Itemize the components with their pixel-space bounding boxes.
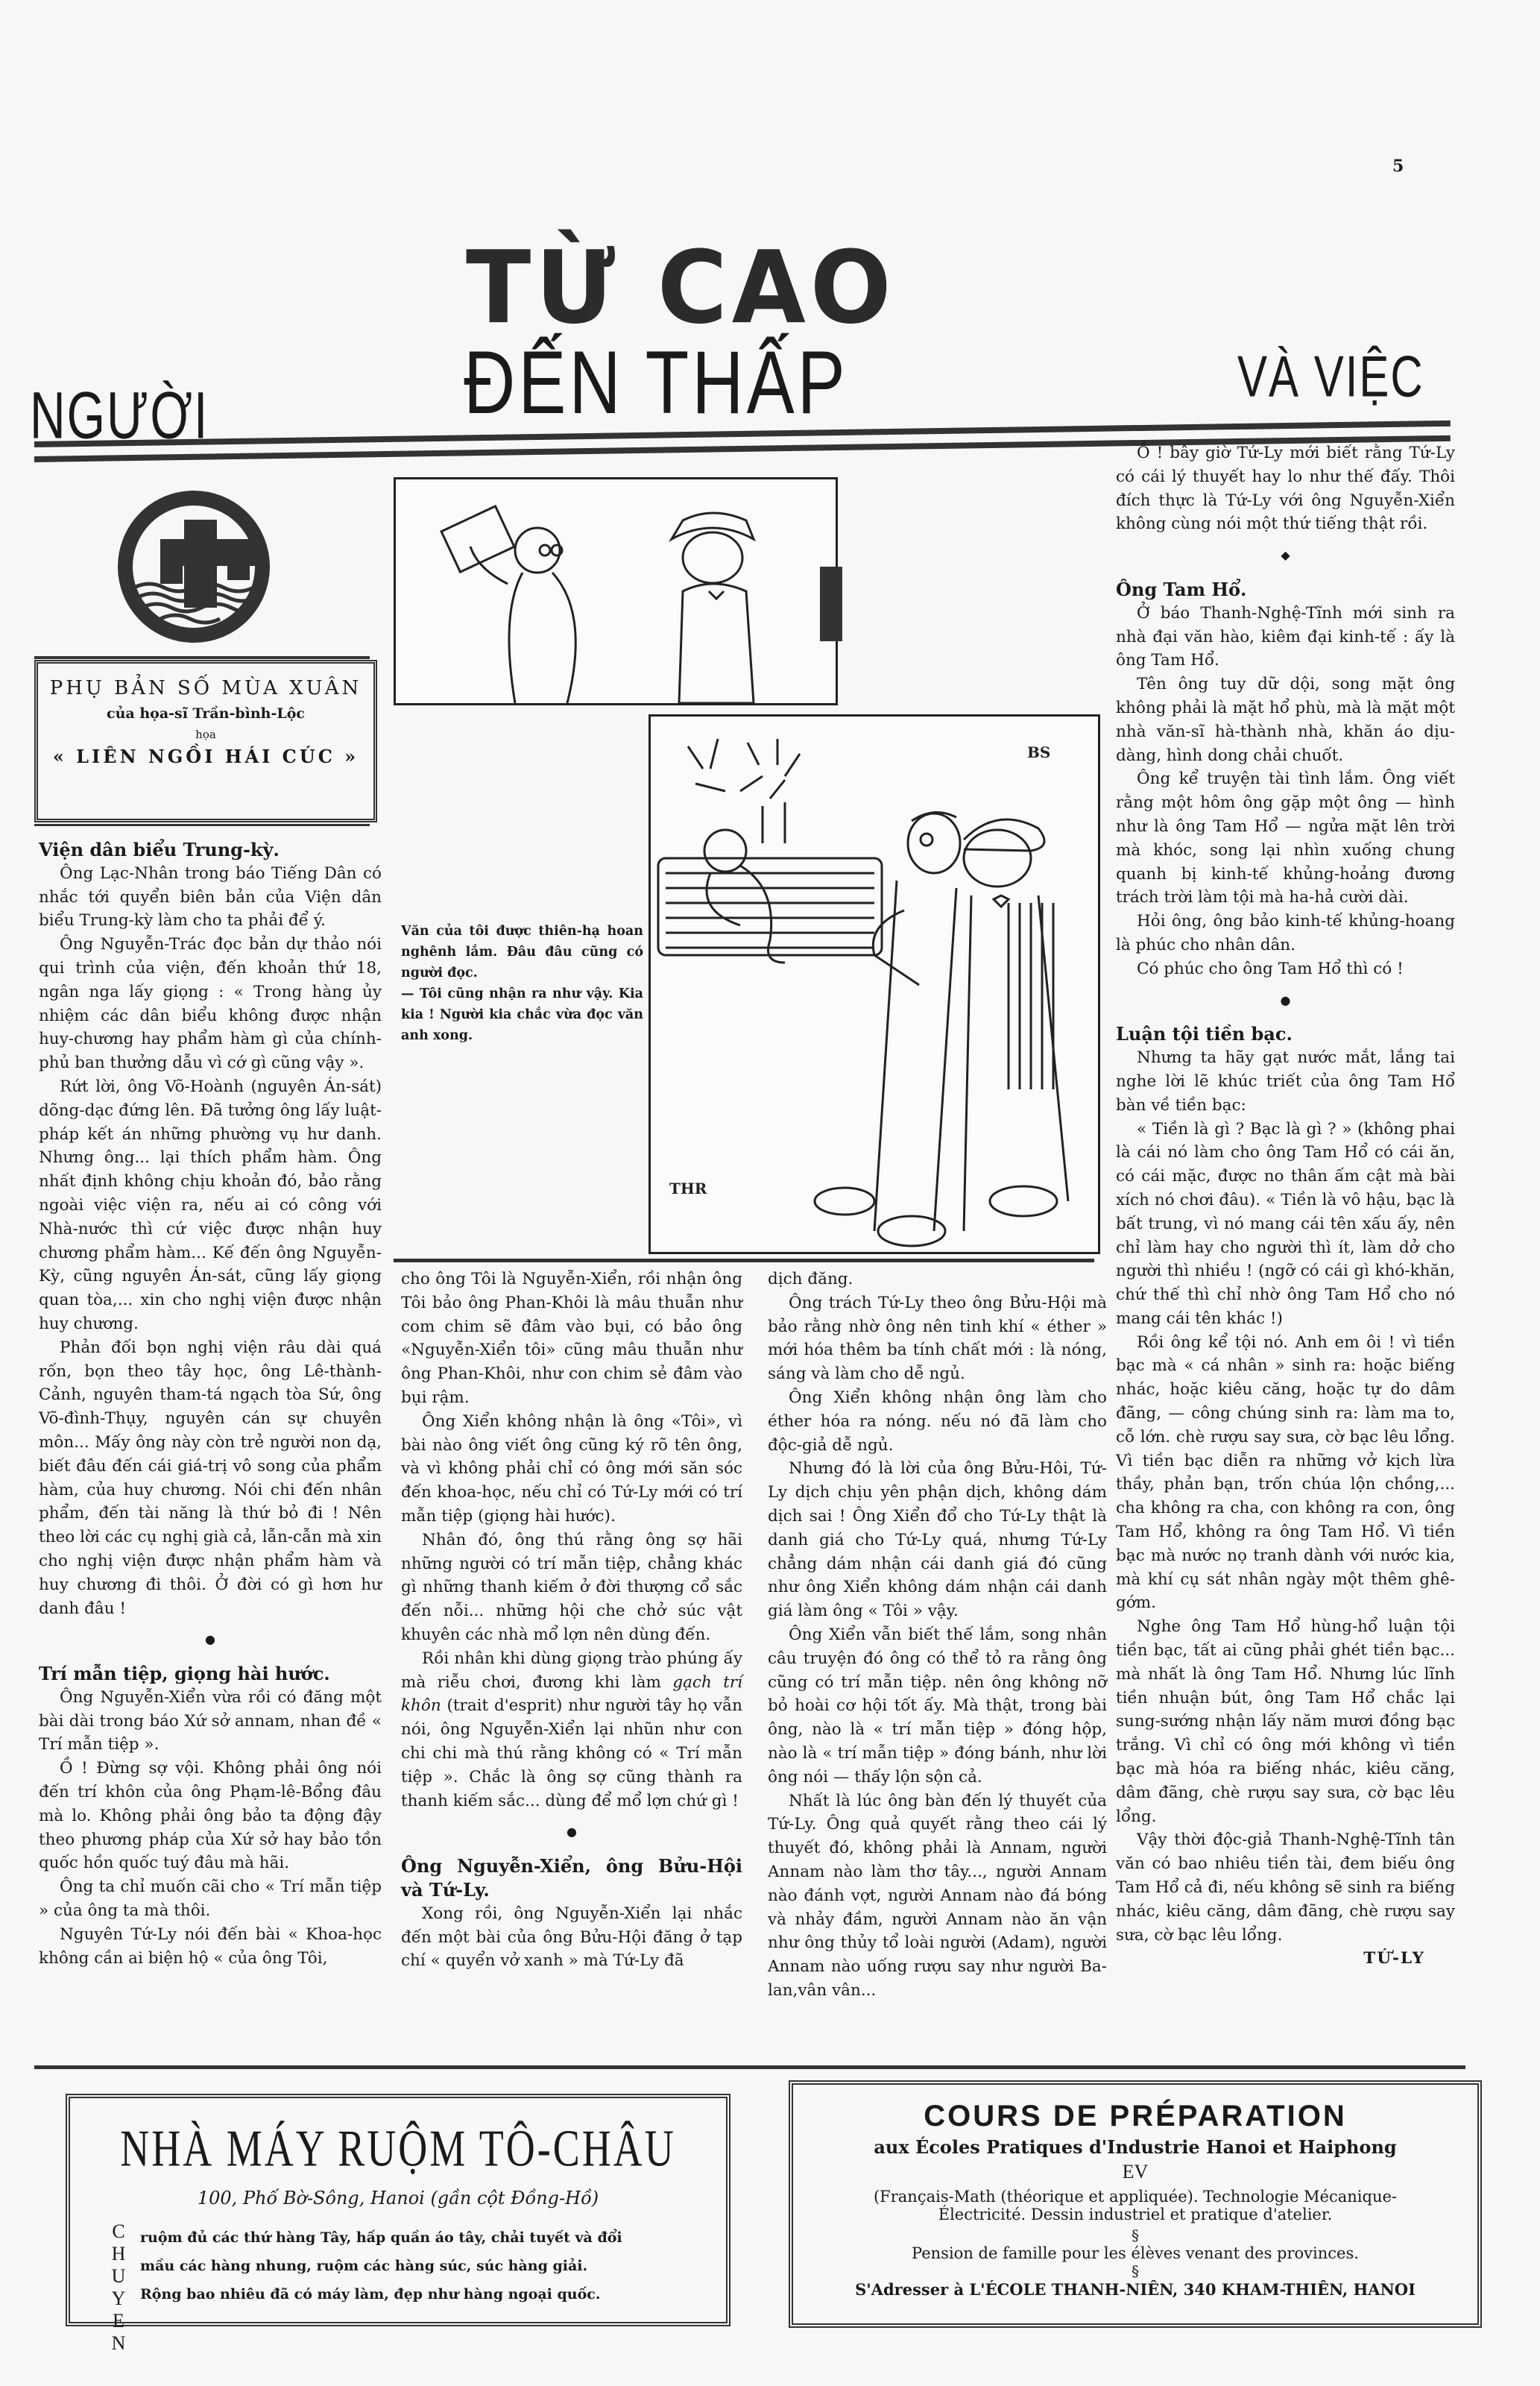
heading-luan-toi-tien-bac: Luận tội tiền bạc.: [1116, 1022, 1455, 1046]
paragraph: Nhân đó, ông thú rằng ông sợ hãi những n…: [401, 1529, 742, 1647]
paragraph: cho ông Tôi là Nguyễn-Xiển, rồi nhận ông…: [401, 1268, 742, 1410]
section-ornament-icon: ●: [39, 1628, 382, 1652]
cartoon-illustration-icon: [396, 479, 836, 703]
announcement-title: PHỤ BẢN SỐ MÙA XUÂN: [45, 677, 366, 699]
paragraph: Rứt lời, ông Võ-Hoành (nguyên Án-sát) dõ…: [39, 1075, 382, 1336]
paragraph: Nhưng đó là lời của ông Bửu-Hôi, Tứ-Ly d…: [768, 1457, 1107, 1623]
announcement-divider: [34, 824, 370, 826]
logo-divider: [34, 656, 370, 659]
announcement-artist: của họa-sĩ Trần-bình-Lộc: [45, 705, 366, 722]
paragraph: Có phúc cho ông Tam Hổ thì có !: [1116, 957, 1455, 981]
paragraph: Rồi ông kể tội nó. Anh em ôi ! vì tiền b…: [1116, 1331, 1455, 1616]
paragraph: Ông trách Tứ-Ly theo ông Bửu-Hội mà bảo …: [768, 1291, 1107, 1386]
paragraph: Hỏi ông, ông bảo kinh-tế khủng-hoang là …: [1116, 910, 1455, 957]
ads-divider: [34, 2065, 1465, 2069]
section-ornament-icon: ●: [1116, 989, 1455, 1013]
paragraph: Ở báo Thanh-Nghệ-Tĩnh mới sinh ra nhà đạ…: [1116, 602, 1455, 673]
paragraph: Ông Lạc-Nhân trong báo Tiếng Dân có nhắc…: [39, 862, 382, 933]
paragraph: Nghe ông Tam Hổ hùng-hổ luận tội tiền bạ…: [1116, 1615, 1455, 1828]
ad-right-title: COURS DE PRÉPARATION: [793, 2100, 1477, 2133]
paragraph: « Tiền là gì ? Bạc là gì ? » (không phai…: [1116, 1118, 1455, 1331]
ad-left-lines: ruộm đủ các thứ hàng Tây, hấp quần áo tâ…: [140, 2220, 622, 2355]
paragraph: Nhất là lúc ông bàn đến lý thuyết của Tứ…: [768, 1789, 1107, 2003]
ad-right-courses-line1: (Français-Math (théorique et appliquée).…: [793, 2188, 1477, 2206]
paragraph: Ông ta chỉ muốn cãi cho « Trí mẫn tiệp »…: [39, 1875, 382, 1923]
announcement-connector: họa: [45, 728, 366, 741]
cross-over-waves-emblem-icon: [116, 488, 272, 645]
section-ornament-icon: ●: [401, 1820, 742, 1844]
paragraph: Ông Nguyễn-Xiển vừa rồi có đăng một bài …: [39, 1686, 382, 1757]
paragraph: Ồ ! Đừng sợ vội. Không phải ông nói đến …: [39, 1757, 382, 1875]
paragraph: dịch đăng.: [768, 1268, 1107, 1291]
cartoon-signature-bottom: THR: [669, 1180, 707, 1197]
section-ornament-icon: ◆: [1116, 544, 1455, 567]
masthead-right-word: VÀ VIỆC: [1237, 343, 1424, 410]
paragraph: Xong rồi, ông Nguyễn-Xiển lại nhắc đến m…: [401, 1902, 742, 1973]
paragraph: Ông Xiển không nhận là ông «Tôi», vì bài…: [401, 1410, 742, 1529]
ornament-swirl-icon: §: [793, 2226, 1477, 2244]
ad-left-vertical-label: C H U Y E N: [107, 2220, 130, 2355]
ad-cours-de-preparation: COURS DE PRÉPARATION aux Écoles Pratique…: [789, 2080, 1482, 2328]
heading-tri-man-tiep: Trí mẫn tiệp, giọng hài hước.: [39, 1662, 382, 1686]
ad-right-pension: Pension de famille pour les élèves venan…: [793, 2244, 1477, 2262]
ad-left-address: 100, Phố Bờ-Sông, Hanoi (gần cột Đồng-Hồ…: [70, 2188, 726, 2209]
paragraph-gach-tri-khon: Rồi nhân khi dùng giọng trào phúng ấy mà…: [401, 1647, 742, 1813]
cartoon-divider: [394, 1259, 1094, 1262]
cartoon-dark-block: [820, 567, 842, 641]
ad-right-courses-line2: Électricité. Dessin industriel et pratiq…: [793, 2206, 1477, 2223]
heading-vien-dan-bieu: Viện dân biểu Trung-kỳ.: [39, 838, 382, 862]
paragraph: Nguyên Tứ-Ly nói đến bài « Khoa-học khôn…: [39, 1923, 382, 1971]
paragraph: Tên ông tuy dữ dội, song mặt ông không p…: [1116, 673, 1455, 767]
page-number: 5: [1392, 157, 1404, 176]
paragraph: Vậy thời độc-giả Thanh-Nghệ-Tĩnh tân văn…: [1116, 1828, 1455, 1947]
ad-left-body: C H U Y E N ruộm đủ các thứ hàng Tây, hấ…: [107, 2220, 726, 2355]
cartoon-panel-main: BS THR: [648, 714, 1100, 1254]
spring-issue-announcement: PHỤ BẢN SỐ MÙA XUÂN của họa-sĩ Trần-bình…: [34, 660, 377, 822]
cartoon-signature-top: BS: [1027, 743, 1050, 761]
paragraph: Ông kể truyện tài tình lắm. Ông viết rằn…: [1116, 767, 1455, 910]
column-4: Ồ ! bây giờ Tứ-Ly mới biết rằng Tứ-Ly có…: [1116, 441, 1455, 1971]
cartoon-illustration-icon: BS THR: [651, 717, 1098, 1252]
cartoon-panel-top: [394, 477, 838, 705]
caption-line-1: Văn của tôi được thiên-hạ hoan nghênh lắ…: [401, 921, 643, 983]
author-signature: TỨ-LY: [1116, 1947, 1455, 1971]
paragraph: Ông Xiển không nhận ông làm cho éther hó…: [768, 1386, 1107, 1457]
caption-line-2: — Tôi cũng nhận ra như vậy. Kia kia ! Ng…: [401, 983, 643, 1046]
paragraph: Ồ ! bây giờ Tứ-Ly mới biết rằng Tứ-Ly có…: [1116, 441, 1455, 536]
paragraph: Ông Xiển vẫn biết thế lắm, song nhân câu…: [768, 1623, 1107, 1789]
column-2: cho ông Tôi là Nguyễn-Xiển, rồi nhận ông…: [401, 1268, 742, 1973]
paragraph: Ông Nguyễn-Trác đọc bản dự thảo nói qui …: [39, 933, 382, 1075]
ad-right-subtitle: aux Écoles Pratiques d'Industrie Hanoi e…: [793, 2136, 1477, 2158]
ad-right-address: S'Adresser à L'ÉCOLE THANH-NIÊN, 340 KHA…: [793, 2280, 1477, 2299]
masthead-title-top: TỪ CAO: [466, 230, 896, 346]
ad-left-title: NHÀ MÁY RUỘM TÔ-CHÂU: [70, 2118, 726, 2179]
ad-right-monogram: EV: [793, 2161, 1477, 2183]
column-3: dịch đăng. Ông trách Tứ-Ly theo ông Bửu-…: [768, 1268, 1107, 2003]
column-1: Viện dân biểu Trung-kỳ. Ông Lạc-Nhân tro…: [39, 834, 382, 1970]
ad-to-chau-dye-factory: NHÀ MÁY RUỘM TÔ-CHÂU 100, Phố Bờ-Sông, H…: [66, 2094, 730, 2326]
cartoon-caption: Văn của tôi được thiên-hạ hoan nghênh lắ…: [401, 921, 643, 1046]
masthead-title-bottom: ĐẾN THẤP: [464, 332, 848, 435]
paragraph: Phản đối bọn nghị viện râu dài quá rốn, …: [39, 1336, 382, 1621]
paragraph: Nhưng ta hãy gạt nước mắt, lắng tai nghe…: [1116, 1046, 1455, 1117]
ornament-swirl-icon: §: [793, 2262, 1477, 2280]
heading-ong-tam-ho: Ông Tam Hổ.: [1116, 578, 1455, 602]
heading-xien-buu-hoi-tu-ly: Ông Nguyễn-Xiển, ông Bửu-Hội và Tứ-Ly.: [401, 1854, 742, 1902]
announcement-work-title: « LIÊN NGỒI HÁI CÚC »: [45, 746, 366, 767]
